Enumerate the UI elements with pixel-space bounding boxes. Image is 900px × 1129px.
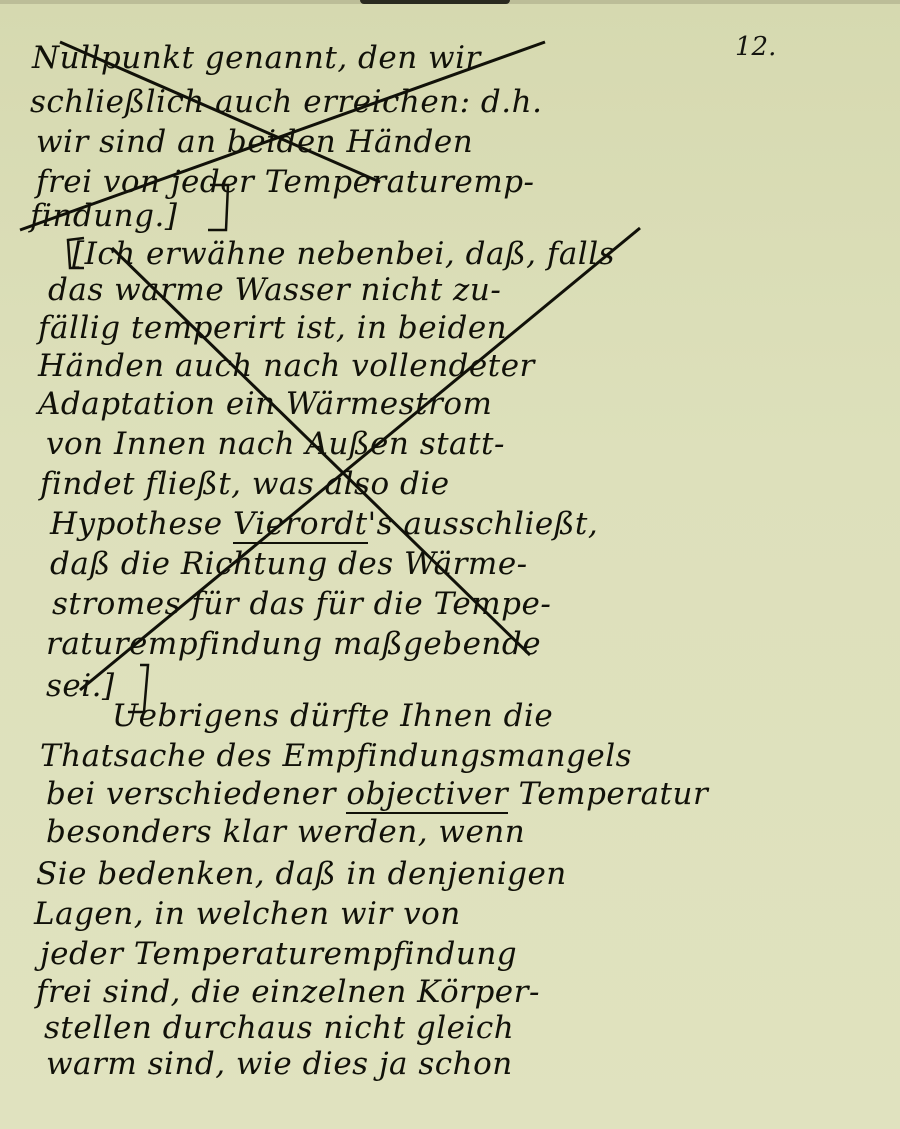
struck-line: das warme Wasser nicht zu-	[48, 272, 501, 308]
struck-line: Nullpunkt genannt, den wir	[32, 40, 481, 76]
bei-verschiedener: bei verschiedener	[46, 776, 346, 812]
struck-line: schließlich auch erreichen: d.h.	[30, 84, 542, 120]
body-line: bei verschiedener objectiver Temperatur	[46, 776, 708, 812]
temperatur-word: Temperatur	[508, 776, 708, 812]
body-line: Sie bedenken, daß in denjenigen	[36, 856, 567, 892]
struck-line: Adaptation ein Wärmestrom	[38, 386, 492, 422]
body-line: Lagen, in welchen wir von	[34, 896, 461, 932]
struck-line: fällig temperirt ist, in beiden	[38, 310, 507, 346]
struck-line: Hypothese Vierordt's ausschließt,	[50, 506, 598, 542]
body-line: Uebrigens dürfte Ihnen die	[112, 698, 553, 734]
manuscript-page: 12. Nullpunkt genannt, den wir schließli…	[0, 0, 900, 1129]
struck-line: findung.]	[30, 198, 177, 234]
struck-line: [Ich erwähne nebenbei, daß, falls	[72, 236, 615, 272]
hypothese-word: Hypothese	[50, 506, 233, 542]
struck-line: frei von jeder Temperaturemp-	[36, 164, 535, 200]
body-line: besonders klar werden, wenn	[46, 814, 525, 850]
rest-text: 's ausschließt,	[368, 506, 599, 542]
body-line: stellen durchaus nicht gleich	[44, 1010, 514, 1046]
struck-line: stromes für das für die Tempe-	[52, 586, 551, 622]
struck-line: wir sind an beiden Händen	[36, 124, 473, 160]
body-line: frei sind, die einzelnen Körper-	[36, 974, 540, 1010]
body-line: jeder Temperaturempfindung	[40, 936, 517, 972]
struck-line: daß die Richtung des Wärme-	[50, 546, 528, 582]
struck-line: Händen auch nach vollendeter	[38, 348, 535, 384]
struck-line: raturempfindung maßgebende	[46, 626, 541, 662]
underlined-name: Vierordt	[233, 506, 368, 544]
body-line: warm sind, wie dies ja schon	[46, 1046, 513, 1082]
page-number: 12.	[735, 32, 776, 62]
struck-line: sei.]	[46, 668, 115, 704]
body-line: Thatsache des Empfindungsmangels	[40, 738, 632, 774]
binding-shadow	[360, 0, 510, 4]
underlined-word: objectiver	[346, 776, 508, 814]
struck-line: von Innen nach Außen statt-	[46, 426, 505, 462]
struck-line: findet fließt, was also die	[40, 466, 450, 502]
